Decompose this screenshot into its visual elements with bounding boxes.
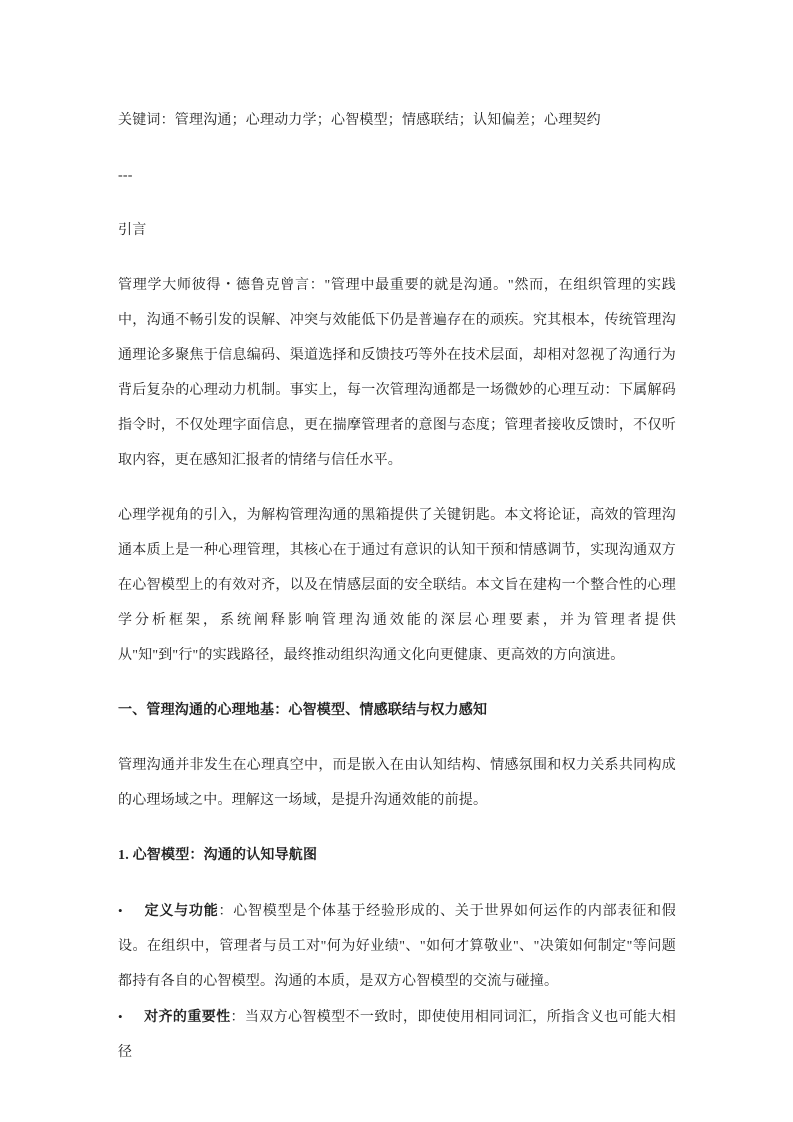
subsection-1-1-heading: 1. 心智模型：沟通的认知导航图 (118, 838, 676, 873)
intro-paragraph-1: 管理学大师彼得・德鲁克曾言："管理中最重要的就是沟通。"然而，在组织管理的实践中… (118, 268, 676, 478)
separator-line: --- (118, 158, 676, 193)
list-item-definition: •定义与功能：心智模型是个体基于经验形成的、关于世界如何运作的内部表征和假设。在… (118, 893, 676, 999)
section-1-heading: 一、管理沟通的心理地基：心智模型、情感联结与权力感知 (118, 693, 676, 728)
intro-heading: 引言 (118, 213, 676, 248)
document-page: 关键词：管理沟通；心理动力学；心智模型；情感联结；认知偏差；心理契约 --- 引… (0, 0, 793, 1122)
bullet-term: 对齐的重要性 (144, 1010, 230, 1025)
list-item-alignment: •对齐的重要性：当双方心智模型不一致时，即使使用相同词汇，所指含义也可能大相径 (118, 999, 676, 1070)
bullet-list: •定义与功能：心智模型是个体基于经验形成的、关于世界如何运作的内部表征和假设。在… (118, 893, 676, 1070)
bullet-icon: • (118, 999, 144, 1034)
bullet-term: 定义与功能 (144, 904, 218, 919)
bullet-icon: • (118, 893, 144, 928)
keywords-line: 关键词：管理沟通；心理动力学；心智模型；情感联结；认知偏差；心理契约 (118, 103, 676, 138)
intro-paragraph-2: 心理学视角的引入，为解构管理沟通的黑箱提供了关键钥匙。本文将论证，高效的管理沟通… (118, 498, 676, 673)
section-1-intro-paragraph: 管理沟通并非发生在心理真空中，而是嵌入在由认知结构、情感氛围和权力关系共同构成的… (118, 748, 676, 818)
